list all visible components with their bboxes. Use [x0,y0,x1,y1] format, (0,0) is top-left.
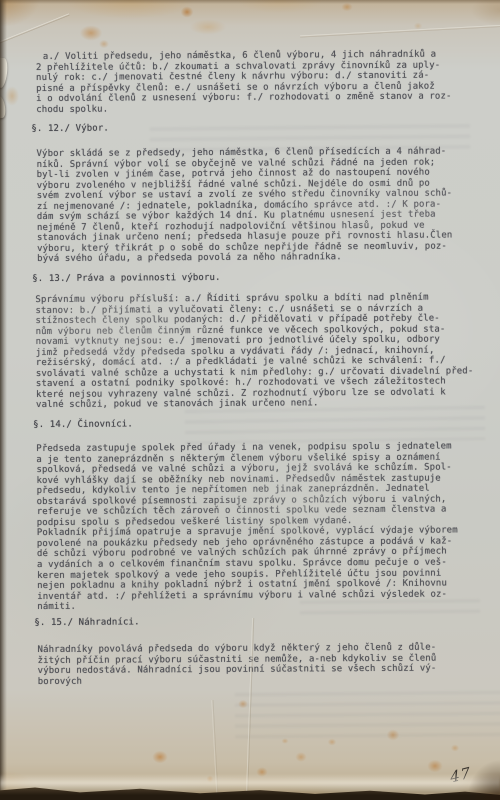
scanned-statute-page: a./ Voliti předsedu, jeho náměstka, 6 čl… [0,0,500,800]
section-heading-13: §. 13./ Práva a povinnosti výboru. [32,273,220,285]
section-body-12: Výbor skládá se z předsedy, jeho náměstk… [36,146,452,265]
clause-list-paragraph: a./ Voliti předsedu, jeho náměstka, 6 čl… [36,49,452,115]
corner-shadow [454,744,500,800]
section-heading-15: §. 15./ Náhradníci. [34,617,139,628]
scan-edge-left [0,0,7,800]
section-body-13: Správnímu výboru přísluší: a./ Říditi sp… [35,292,473,411]
section-heading-14: §. 14./ Činovníci. [33,419,133,430]
section-body-14: Předseda zastupuje spolek před úřady i n… [36,441,458,612]
section-heading-12: §. 12./ Výbor. [31,124,109,135]
section-body-15: Náhradníky povolává předseda do výboru k… [37,643,436,688]
scan-edge-top [0,0,500,4]
